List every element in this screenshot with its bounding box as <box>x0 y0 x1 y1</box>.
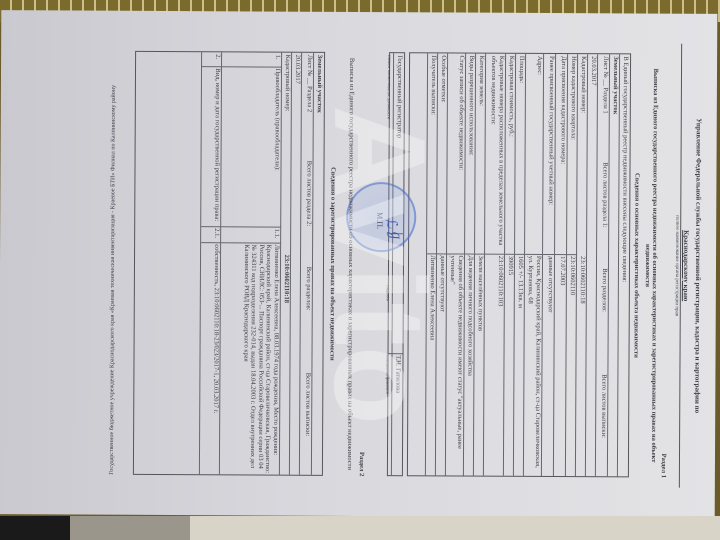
section1-label: Раздел 1 <box>660 454 667 478</box>
agency-name: Управление Федеральной службы государств… <box>693 34 703 498</box>
row-value: Для ведения личного подсобного хозяйства <box>464 254 475 478</box>
row-value: 23:10:0602110:103 <box>484 254 505 478</box>
extract-date: 20.03.2017 <box>587 54 598 254</box>
background-surface-bottom <box>0 516 720 540</box>
subtitle-section1: Сведения о основных характеристиках объе… <box>632 53 641 477</box>
bottom-note: Государственное бюджетное учреждение Кра… <box>109 51 117 475</box>
row-label: Кадастровые номера расположенных в преде… <box>485 54 506 254</box>
row-value: 1605 +/- 13.13кв. м <box>514 254 525 478</box>
total-sections: Всего разделов: <box>596 266 609 372</box>
row-label: Кадастровая стоимость, руб.: <box>505 54 516 254</box>
section-label: Раздела 1 <box>602 87 609 113</box>
sheet-label: Лист № <box>602 56 609 77</box>
row-label: Правообладатель (правообладатели): <box>221 66 282 226</box>
watermark-text: Avito <box>305 105 455 425</box>
row-label: Площадь: <box>515 54 526 254</box>
section2-cadastral-label: Кадастровый номер: <box>281 53 292 253</box>
row-sub-number: 1.1. <box>221 226 281 242</box>
total-sheets-extract: Всего листов выписки: <box>596 372 609 478</box>
row-value: Россия, Краснодарский край, Калининский … <box>524 254 543 478</box>
title-section1: Выписка из Единого государственного реес… <box>643 54 659 478</box>
row-label: Ранее присвоенный государственный учетны… <box>543 54 556 254</box>
row-value: 23:10:0602110 <box>566 254 577 478</box>
total-sheets-section: Всего листов раздела 1: <box>597 160 610 266</box>
row-value: собственность, 23:10:0602110:18-23/023/2… <box>200 242 221 476</box>
row-number: 1. <box>222 52 282 66</box>
row-label: Адрес: <box>525 54 544 254</box>
section2-cadastral-number: 23:10:0602110:18 <box>280 253 291 477</box>
section2-sheet-label: Лист № <box>306 55 313 76</box>
section2-table: Земельный участок Лист № __ Раздела 2 Вс… <box>133 51 325 476</box>
row-value: Земли населённых пунктов <box>474 254 485 478</box>
cadastral-number-label: Кадастровый номер: <box>577 54 588 254</box>
region-name: Краснодарскому краю <box>681 34 691 498</box>
row-value: данные отсутствуют <box>542 254 555 478</box>
row-value: 17.07.2003 <box>554 254 567 478</box>
row-label: Виды разрешенного использования: <box>465 54 476 254</box>
row-label: Дата присвоения кадастрового номера: <box>555 54 568 254</box>
row-value: 390915 <box>504 254 515 478</box>
row-value: Литвиненко Елена Алексеевна, 08.03.1974 … <box>220 242 281 476</box>
section2-date: 20.03.2017 <box>291 53 302 253</box>
row-label: Номер кадастрового квартала: <box>567 54 578 254</box>
row-label: Вид, номер и дата государственной регист… <box>201 66 222 226</box>
row-sub-number: 2.1. <box>201 226 221 242</box>
section2-label: Раздел 2 <box>358 452 365 476</box>
cadastral-number: 23:10:0602110:18 <box>576 254 587 478</box>
row-number: 2. <box>202 52 222 66</box>
row-label: Категория земель: <box>475 54 486 254</box>
